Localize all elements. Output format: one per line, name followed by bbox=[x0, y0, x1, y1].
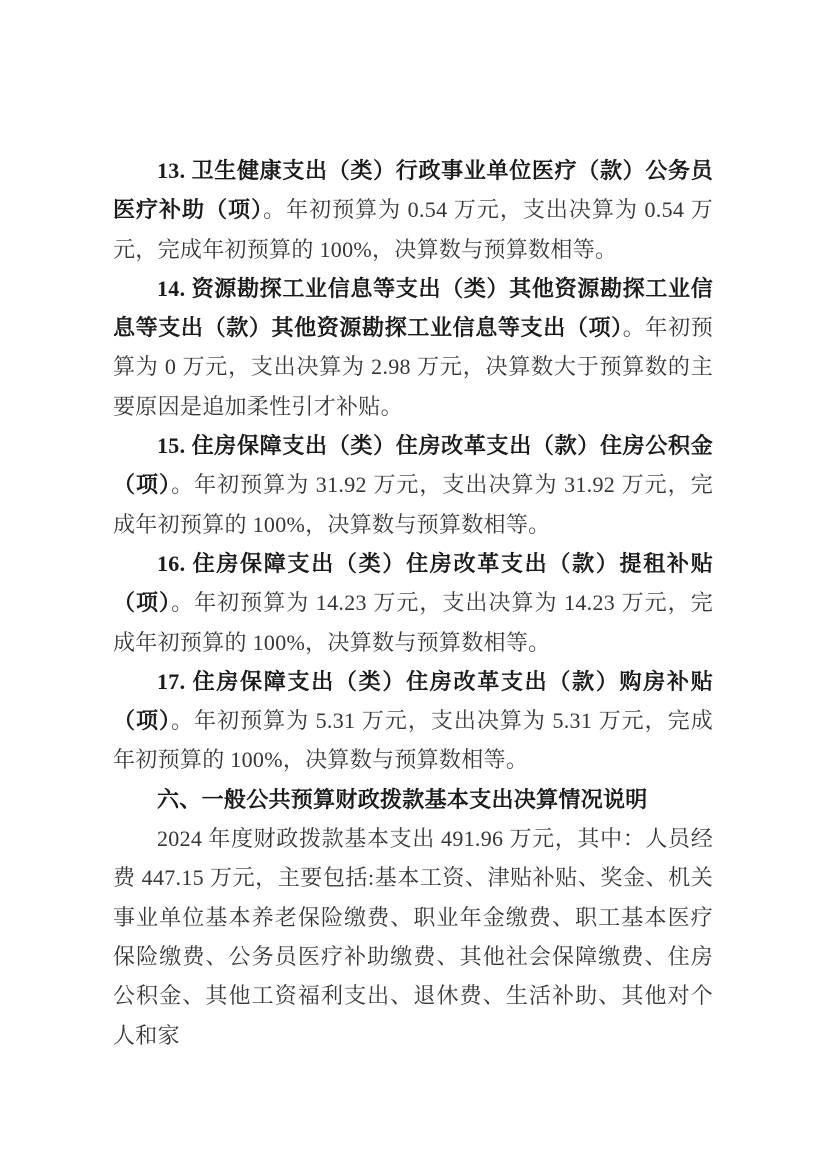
paragraph-item-15: 15. 住房保障支出（类）住房改革支出（款）住房公积金（项）。年初预算为 31.… bbox=[113, 426, 713, 544]
paragraph-body: 2024 年度财政拨款基本支出 491.96 万元，其中：人员经费 447.15… bbox=[113, 819, 713, 1055]
paragraph-text: 。年初预算为 14.23 万元，支出决算为 14.23 万元，完成年初预算的 1… bbox=[113, 590, 713, 654]
paragraph-item-14: 14. 资源勘探工业信息等支出（类）其他资源勘探工业信息等支出（款）其他资源勘探… bbox=[113, 269, 713, 426]
section-heading: 六、一般公共预算财政拨款基本支出决算情况说明 bbox=[113, 780, 713, 819]
paragraph-item-17: 17. 住房保障支出（类）住房改革支出（款）购房补贴（项）。年初预算为 5.31… bbox=[113, 662, 713, 780]
paragraph-text: 。年初预算为 31.92 万元，支出决算为 31.92 万元，完成年初预算的 1… bbox=[113, 472, 713, 536]
document-page: 13. 卫生健康支出（类）行政事业单位医疗（款）公务员医疗补助（项）。年初预算为… bbox=[0, 0, 826, 1169]
paragraph-text: 。年初预算为 5.31 万元，支出决算为 5.31 万元，完成年初预算的 100… bbox=[113, 708, 713, 772]
document-body: 13. 卫生健康支出（类）行政事业单位医疗（款）公务员医疗补助（项）。年初预算为… bbox=[113, 151, 713, 1055]
paragraph-item-16: 16. 住房保障支出（类）住房改革支出（款）提租补贴（项）。年初预算为 14.2… bbox=[113, 544, 713, 662]
paragraph-item-13: 13. 卫生健康支出（类）行政事业单位医疗（款）公务员医疗补助（项）。年初预算为… bbox=[113, 151, 713, 269]
